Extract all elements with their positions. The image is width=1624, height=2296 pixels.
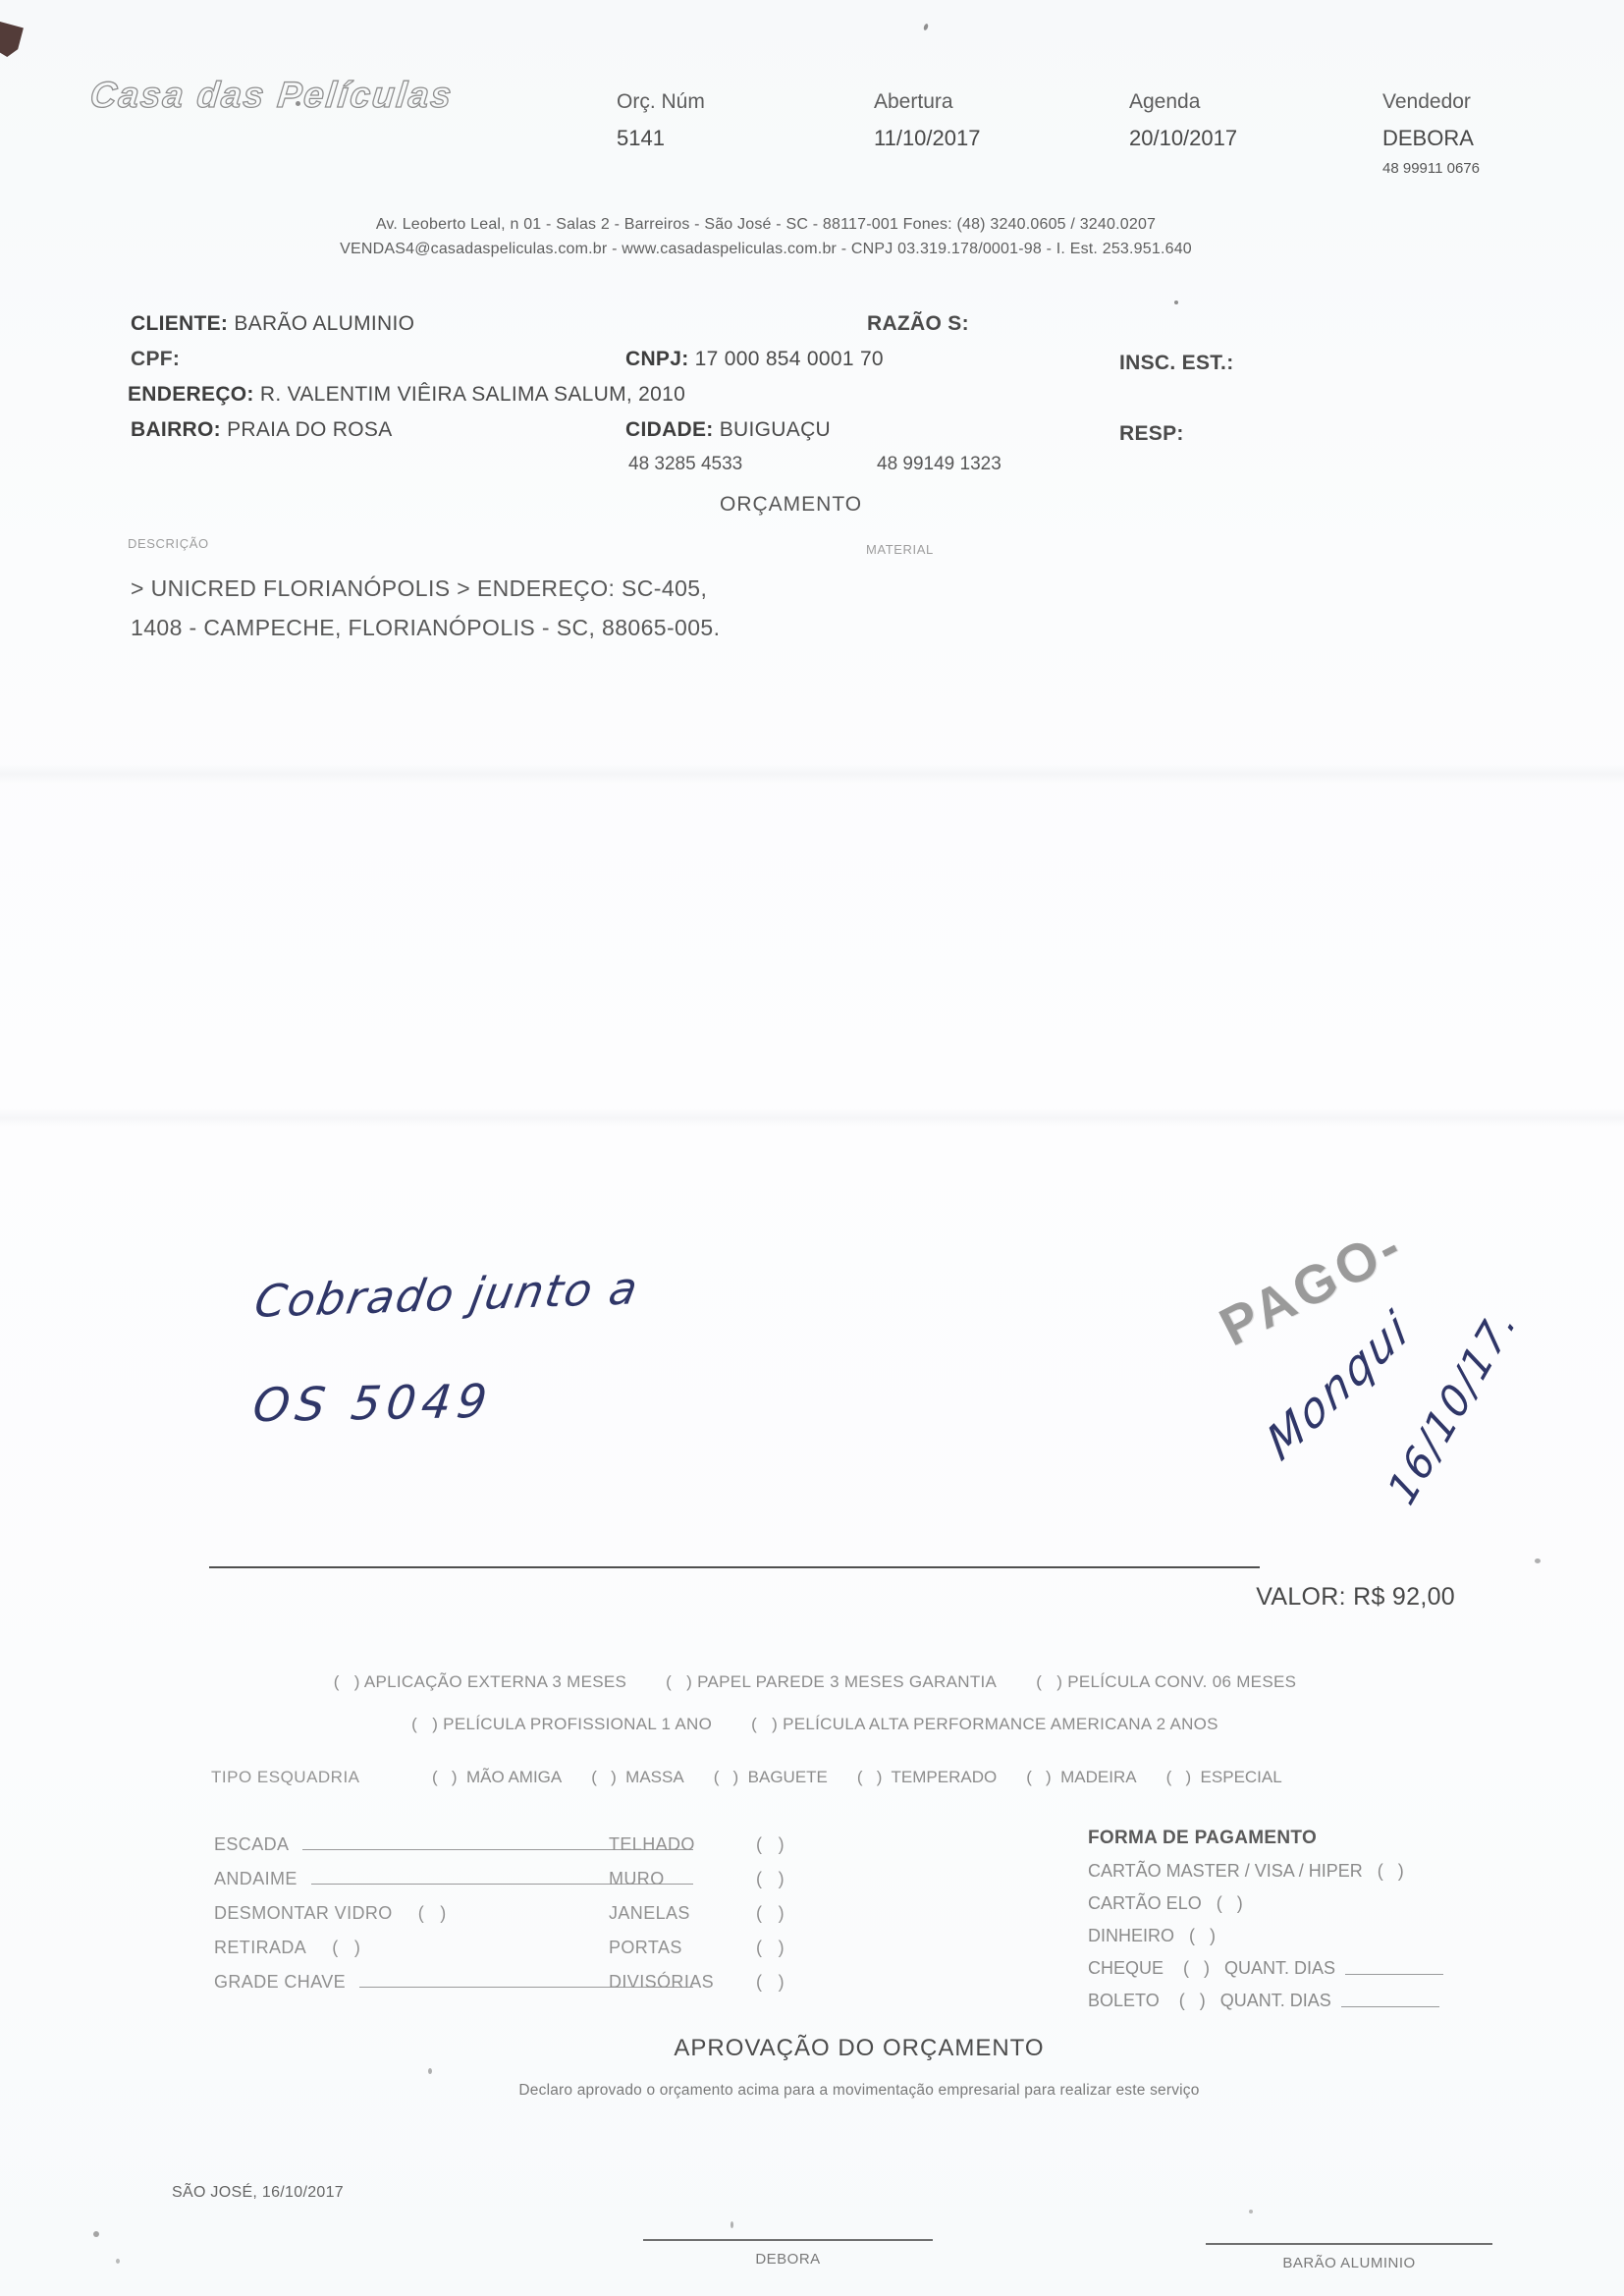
scan-speck bbox=[1249, 2210, 1253, 2214]
scan-speck bbox=[116, 2259, 120, 2264]
budget-title: ORÇAMENTO bbox=[720, 493, 862, 517]
service-label: MURO bbox=[609, 1869, 756, 1889]
service-label: JANELAS bbox=[609, 1903, 756, 1924]
responsible-label: RESP: bbox=[1119, 422, 1184, 446]
service-row-telhado: TELHADO ( ) bbox=[609, 1821, 903, 1855]
signature-name-seller: DEBORA bbox=[643, 2251, 933, 2268]
service-label: ANDAIME bbox=[214, 1869, 298, 1889]
city-label: CIDADE: bbox=[625, 418, 714, 441]
fill-line bbox=[1345, 1974, 1443, 1975]
service-label: PORTAS bbox=[609, 1938, 756, 1958]
service-row-janelas: JANELAS ( ) bbox=[609, 1889, 903, 1924]
client-label: CLIENTE: bbox=[131, 312, 228, 335]
checkbox: ( ) bbox=[332, 1938, 360, 1958]
payment-option-boleto: BOLETO ( ) QUANT. DIAS bbox=[1088, 1991, 1331, 2011]
frame-type-option: ( ) BAGUETE bbox=[714, 1768, 828, 1787]
cnpj-row: CNPJ: 17 000 854 0001 70 bbox=[625, 348, 884, 371]
description-line-1: > UNICRED FLORIANÓPOLIS > ENDEREÇO: SC-4… bbox=[131, 575, 707, 602]
frame-type-label: TIPO ESQUADRIA bbox=[211, 1768, 360, 1787]
client-value: BARÃO ALUMINIO bbox=[234, 312, 414, 335]
signature-name-client: BARÃO ALUMINIO bbox=[1206, 2255, 1492, 2271]
checkbox: ( ) bbox=[418, 1903, 447, 1924]
city-row: CIDADE: BUIGUAÇU bbox=[625, 418, 831, 442]
order-number-value: 5141 bbox=[617, 126, 665, 151]
total-value: VALOR: R$ 92,00 bbox=[1159, 1583, 1455, 1612]
scan-corner-artifact bbox=[0, 22, 26, 57]
service-row-portas: PORTAS ( ) bbox=[609, 1924, 903, 1958]
service-row-divisorias: DIVISÓRIAS ( ) bbox=[609, 1958, 903, 1993]
warranty-option: ( ) PELÍCULA PROFISSIONAL 1 ANO bbox=[411, 1715, 712, 1734]
cnpj-label: CNPJ: bbox=[625, 348, 689, 370]
checkbox: ( ) bbox=[756, 1869, 785, 1889]
seller-phone: 48 99911 0676 bbox=[1382, 160, 1480, 177]
material-column-label: MATERIAL bbox=[866, 542, 934, 557]
frame-type-option: ( ) MÃO AMIGA bbox=[432, 1768, 562, 1787]
approval-declaration: Declaro aprovado o orçamento acima para … bbox=[98, 2082, 1620, 2100]
warranty-options-row1: ( ) APLICAÇÃO EXTERNA 3 MESES ( ) PAPEL … bbox=[98, 1672, 1532, 1692]
frame-type-option: ( ) ESPECIAL bbox=[1166, 1768, 1282, 1787]
service-label: TELHADO bbox=[609, 1834, 756, 1855]
district-value: PRAIA DO ROSA bbox=[227, 418, 392, 441]
paper-fold-shadow bbox=[0, 764, 1624, 784]
district-label: BAIRRO: bbox=[131, 418, 221, 441]
cpf-label: CPF: bbox=[131, 348, 180, 371]
client-phone-2: 48 99149 1323 bbox=[877, 454, 1001, 475]
payment-option-elo: CARTÃO ELO ( ) bbox=[1088, 1893, 1243, 1914]
place-and-date: SÃO JOSÉ, 16/10/2017 bbox=[172, 2184, 344, 2202]
warranty-option: ( ) PELÍCULA ALTA PERFORMANCE AMERICANA … bbox=[751, 1715, 1218, 1734]
warranty-option: ( ) APLICAÇÃO EXTERNA 3 MESES bbox=[334, 1672, 626, 1692]
company-logo: Casa das Películas bbox=[88, 75, 456, 116]
scan-speck bbox=[731, 2221, 733, 2228]
service-label: DESMONTAR VIDRO bbox=[214, 1903, 393, 1924]
state-registration-label: INSC. EST.: bbox=[1119, 352, 1233, 375]
client-phone-1: 48 3285 4533 bbox=[628, 454, 742, 475]
address-value: R. VALENTIM VIÊIRA SALIMA SALUM, 2010 bbox=[260, 383, 685, 406]
checkbox: ( ) bbox=[756, 1903, 785, 1924]
address-label: ENDEREÇO: bbox=[128, 383, 254, 406]
payment-option-card: CARTÃO MASTER / VISA / HIPER ( ) bbox=[1088, 1861, 1404, 1882]
service-label: GRADE CHAVE bbox=[214, 1972, 346, 1993]
warranty-option: ( ) PELÍCULA CONV. 06 MESES bbox=[1036, 1672, 1296, 1692]
scan-speck bbox=[1174, 301, 1178, 304]
scan-speck bbox=[1535, 1558, 1541, 1563]
service-label: DIVISÓRIAS bbox=[609, 1972, 756, 1993]
client-name-row: CLIENTE: BARÃO ALUMINIO bbox=[131, 312, 414, 336]
company-address-line1: Av. Leoberto Leal, n 01 - Salas 2 - Barr… bbox=[0, 216, 1532, 234]
valor-divider-line bbox=[209, 1566, 1260, 1568]
warranty-option: ( ) PAPEL PAREDE 3 MESES GARANTIA bbox=[666, 1672, 997, 1692]
payment-option-cheque: CHEQUE ( ) QUANT. DIAS bbox=[1088, 1958, 1335, 1979]
city-value: BUIGUAÇU bbox=[720, 418, 831, 441]
district-row: BAIRRO: PRAIA DO ROSA bbox=[131, 418, 393, 442]
payment-title: FORMA DE PAGAMENTO bbox=[1088, 1817, 1549, 1849]
handwritten-note-line1: Cobrado junto a bbox=[250, 1262, 643, 1328]
opening-date-value: 11/10/2017 bbox=[874, 126, 980, 151]
signature-line-seller bbox=[643, 2239, 933, 2241]
opening-date-label: Abertura bbox=[874, 90, 953, 114]
seller-value: DEBORA bbox=[1382, 126, 1474, 151]
warranty-options-row2: ( ) PELÍCULA PROFISSIONAL 1 ANO ( ) PELÍ… bbox=[98, 1715, 1532, 1734]
service-row-muro: MURO ( ) bbox=[609, 1855, 903, 1889]
description-line-2: 1408 - CAMPECHE, FLORIANÓPOLIS - SC, 880… bbox=[131, 615, 720, 641]
agenda-date-label: Agenda bbox=[1129, 90, 1200, 114]
scan-speck bbox=[93, 2231, 99, 2237]
seller-label: Vendedor bbox=[1382, 90, 1471, 114]
checkbox: ( ) bbox=[756, 1834, 785, 1855]
description-column-label: DESCRIÇÃO bbox=[128, 536, 209, 551]
services-column-middle: TELHADO ( ) MURO ( ) JANELAS ( ) PORTAS … bbox=[609, 1821, 903, 1993]
handwritten-note-line2: OS 5049 bbox=[250, 1375, 496, 1433]
scan-speck bbox=[923, 24, 929, 31]
company-address-line2: VENDAS4@casadaspeliculas.com.br - www.ca… bbox=[0, 241, 1532, 258]
service-label: ESCADA bbox=[214, 1834, 289, 1855]
scan-speck bbox=[428, 2068, 432, 2074]
payment-option-cash: DINHEIRO ( ) bbox=[1088, 1926, 1216, 1946]
frame-type-option: ( ) TEMPERADO bbox=[857, 1768, 997, 1787]
frame-type-option: ( ) MADEIRA bbox=[1026, 1768, 1136, 1787]
checkbox: ( ) bbox=[756, 1938, 785, 1958]
address-row: ENDEREÇO: R. VALENTIM VIÊIRA SALIMA SALU… bbox=[128, 383, 685, 407]
paper-fold-shadow bbox=[0, 1108, 1624, 1127]
payment-column: FORMA DE PAGAMENTO CARTÃO MASTER / VISA … bbox=[1088, 1817, 1549, 2011]
fill-line bbox=[1341, 2006, 1439, 2007]
approval-title: APROVAÇÃO DO ORÇAMENTO bbox=[98, 2035, 1620, 2062]
checkbox: ( ) bbox=[756, 1972, 785, 1993]
frame-type-options: ( ) MÃO AMIGA ( ) MASSA ( ) BAGUETE ( ) … bbox=[432, 1768, 1473, 1787]
razao-social-label: RAZÃO S: bbox=[867, 312, 969, 336]
signature-line-client bbox=[1206, 2243, 1492, 2245]
cnpj-value: 17 000 854 0001 70 bbox=[695, 348, 884, 370]
order-number-label: Orç. Núm bbox=[617, 90, 705, 114]
frame-type-option: ( ) MASSA bbox=[591, 1768, 683, 1787]
service-label: RETIRADA bbox=[214, 1938, 306, 1958]
scanned-budget-form: Casa das Películas Orç. Núm 5141 Abertur… bbox=[0, 0, 1624, 2296]
agenda-date-value: 20/10/2017 bbox=[1129, 126, 1237, 151]
